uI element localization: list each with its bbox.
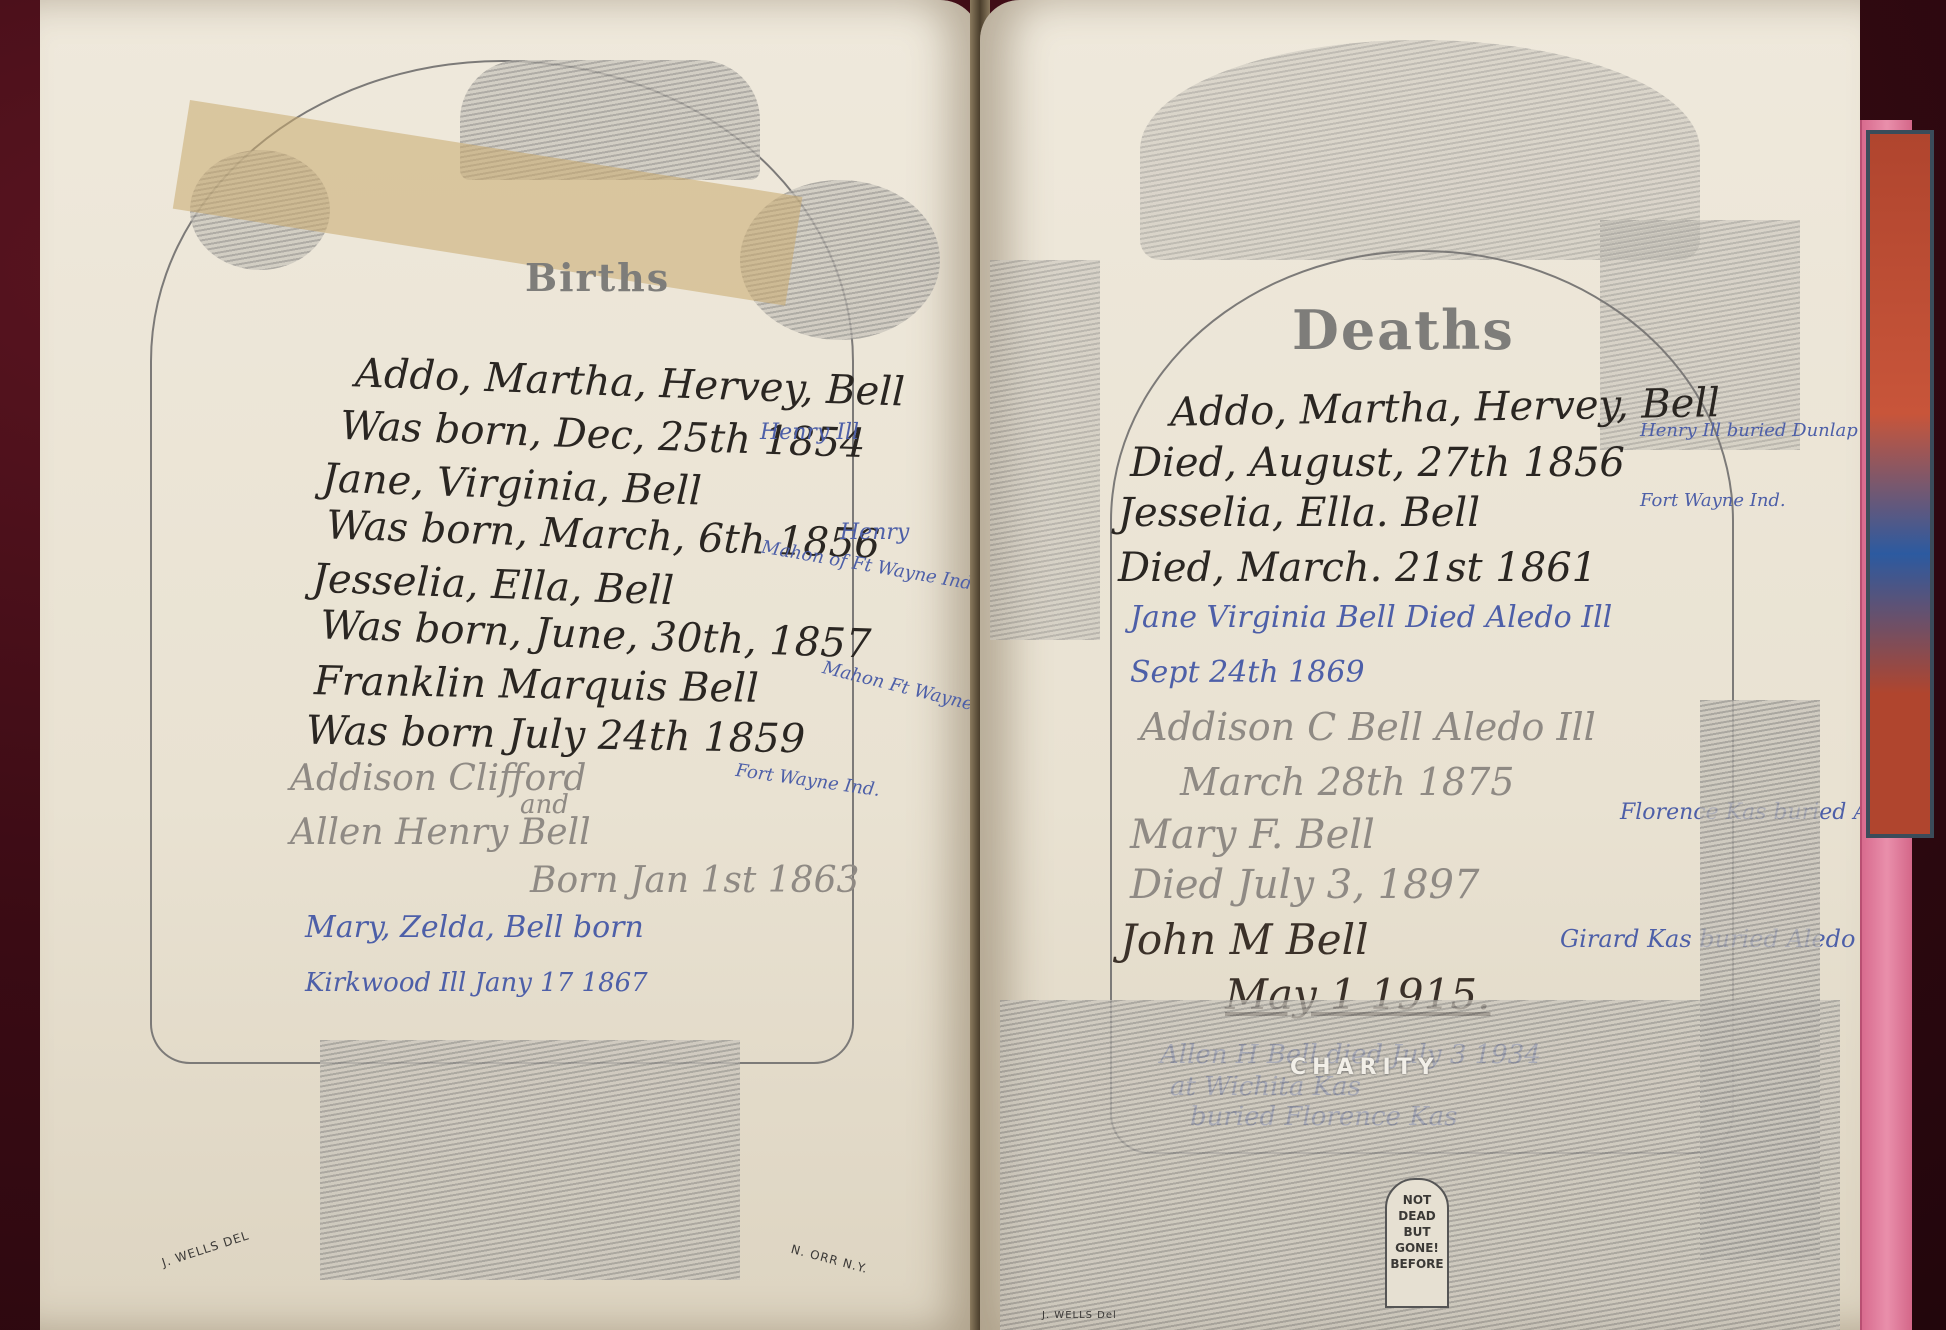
deaths-page: Deaths Addo, Martha, Hervey, Bell Died, … [980, 0, 1860, 1330]
death-entry-4-date: March 28th 1875 [1180, 760, 1514, 804]
charity-label: CHARITY [1290, 1055, 1440, 1080]
printer-credit: N. ORR N.Y. [790, 1242, 870, 1276]
tombstone-line-4: BEFORE [1387, 1256, 1447, 1272]
engraver-credit: J. WELLS DEL [160, 1228, 251, 1269]
death-margin-note-2: Fort Wayne Ind. [1640, 490, 1786, 511]
birth-entry-4-date: Was born July 24th 1859 [306, 708, 806, 763]
birth-entry-6-name: Allen Henry Bell [290, 812, 591, 853]
tombstone-line-3: GONE! [1387, 1240, 1447, 1256]
death-entry-2-date: Died, March. 21st 1861 [1118, 545, 1597, 591]
deaths-heading: Deaths [1292, 298, 1515, 362]
birth-margin-note-2: Henry [840, 520, 909, 545]
death-entry-1-name: Addo, Martha, Hervey, Bell [1170, 380, 1721, 436]
death-entry-5-name: Mary F. Bell [1130, 812, 1375, 858]
death-entry-3-name: Jane Virginia Bell Died Aledo Ill [1130, 600, 1612, 635]
death-entry-2-name: Jesselia, Ella. Bell [1118, 490, 1480, 536]
tombstone-line-2: BUT [1387, 1224, 1447, 1240]
birth-margin-note-1: Henry Ill [760, 420, 859, 445]
death-entry-6-name: John M Bell [1120, 915, 1369, 964]
birth-entry-4-name: Franklin Marquis Bell [314, 658, 760, 712]
birth-entry-6-date: Born Jan 1st 1863 [530, 860, 859, 901]
death-entry-3-date: Sept 24th 1869 [1130, 655, 1365, 690]
birth-entry-7-name: Mary, Zelda, Bell born [305, 910, 644, 945]
angel-left-engraving [990, 260, 1100, 640]
tombstone-line-1: NOT DEAD [1387, 1192, 1447, 1224]
open-bible: Births Addo, Martha, Hervey, Bell Was bo… [40, 0, 1930, 1330]
book-cover-edge [1866, 130, 1934, 838]
death-entry-4-name: Addison C Bell Aledo Ill [1140, 705, 1596, 749]
tombstone: NOT DEAD BUT GONE! BEFORE [1385, 1178, 1449, 1308]
broken-column-engraving [1700, 700, 1820, 1260]
birth-entry-7-place-date: Kirkwood Ill Jany 17 1867 [305, 968, 648, 998]
death-entry-1-date: Died, August, 27th 1856 [1130, 440, 1625, 486]
nativity-engraving [320, 1040, 740, 1280]
births-heading: Births [525, 255, 670, 300]
death-entry-5-date: Died July 3, 1897 [1130, 862, 1479, 908]
death-margin-note-1: Henry Ill buried Dunlap Ill. [1640, 420, 1860, 441]
death-engraver-credit: J. WELLS Del [1042, 1310, 1117, 1321]
births-page: Births Addo, Martha, Hervey, Bell Was bo… [40, 0, 980, 1330]
